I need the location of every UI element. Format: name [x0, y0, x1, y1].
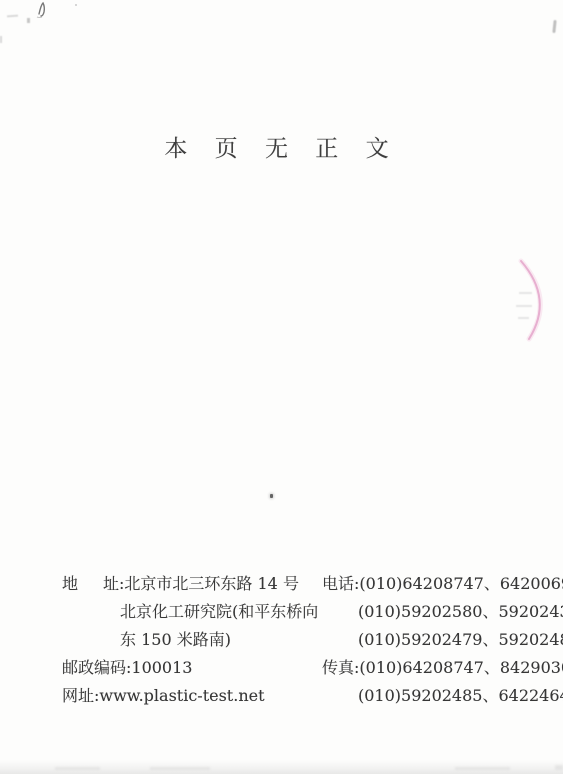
address-line-2: 北京化工研究院(和平东桥向	[120, 598, 318, 626]
scanner-edge-streak	[455, 767, 510, 770]
scan-speck-mid-page	[270, 494, 273, 498]
stamp-ghost-mark	[516, 305, 532, 307]
address-label: 地	[62, 574, 78, 593]
scan-speck	[27, 18, 30, 23]
scanner-edge-streak	[555, 765, 563, 770]
phone-line-3: (010)59202479、59202484	[358, 626, 563, 654]
scan-smudge-left-edge	[0, 36, 2, 43]
fax-line-1: 传真:(010)64208747、84290301	[322, 654, 563, 682]
fax-line-2: (010)59202485、64224642	[358, 682, 563, 710]
address-block: 地址:北京市北三环东路 14 号 北京化工研究院(和平东桥向 东 150 米路南…	[62, 570, 318, 710]
address-value: 址:北京市北三环东路 14 号	[103, 574, 299, 593]
phone-line-1: 电话:(010)64208747、64200694	[322, 570, 563, 598]
scanner-edge-streak	[55, 767, 100, 770]
website-line: 网址:www.plastic-test.net	[62, 682, 318, 710]
scanner-edge-streak	[150, 767, 210, 770]
postal-code-line: 邮政编码:100013	[62, 654, 318, 682]
scanned-document-page: 本 页 无 正 文 地址:北京市北三环东路 14 号 北京化工研究院(和平东桥向…	[0, 0, 563, 774]
scan-smudge-tick	[34, 1, 52, 21]
address-line-3: 东 150 米路南)	[120, 626, 318, 654]
scan-dot	[75, 4, 77, 6]
scan-smudge-right-edge	[552, 20, 556, 33]
stamp-ghost-mark	[518, 317, 529, 319]
scan-smudge-dash	[7, 15, 18, 18]
phone-fax-block: 电话:(010)64208747、64200694 (010)59202580、…	[322, 570, 563, 710]
phone-line-2: (010)59202580、59202436	[358, 598, 563, 626]
no-body-text-title: 本 页 无 正 文	[0, 136, 563, 162]
address-line-1: 地址:北京市北三环东路 14 号	[62, 570, 318, 598]
stamp-ghost-mark	[519, 292, 532, 294]
scanner-edge-band	[0, 760, 563, 774]
